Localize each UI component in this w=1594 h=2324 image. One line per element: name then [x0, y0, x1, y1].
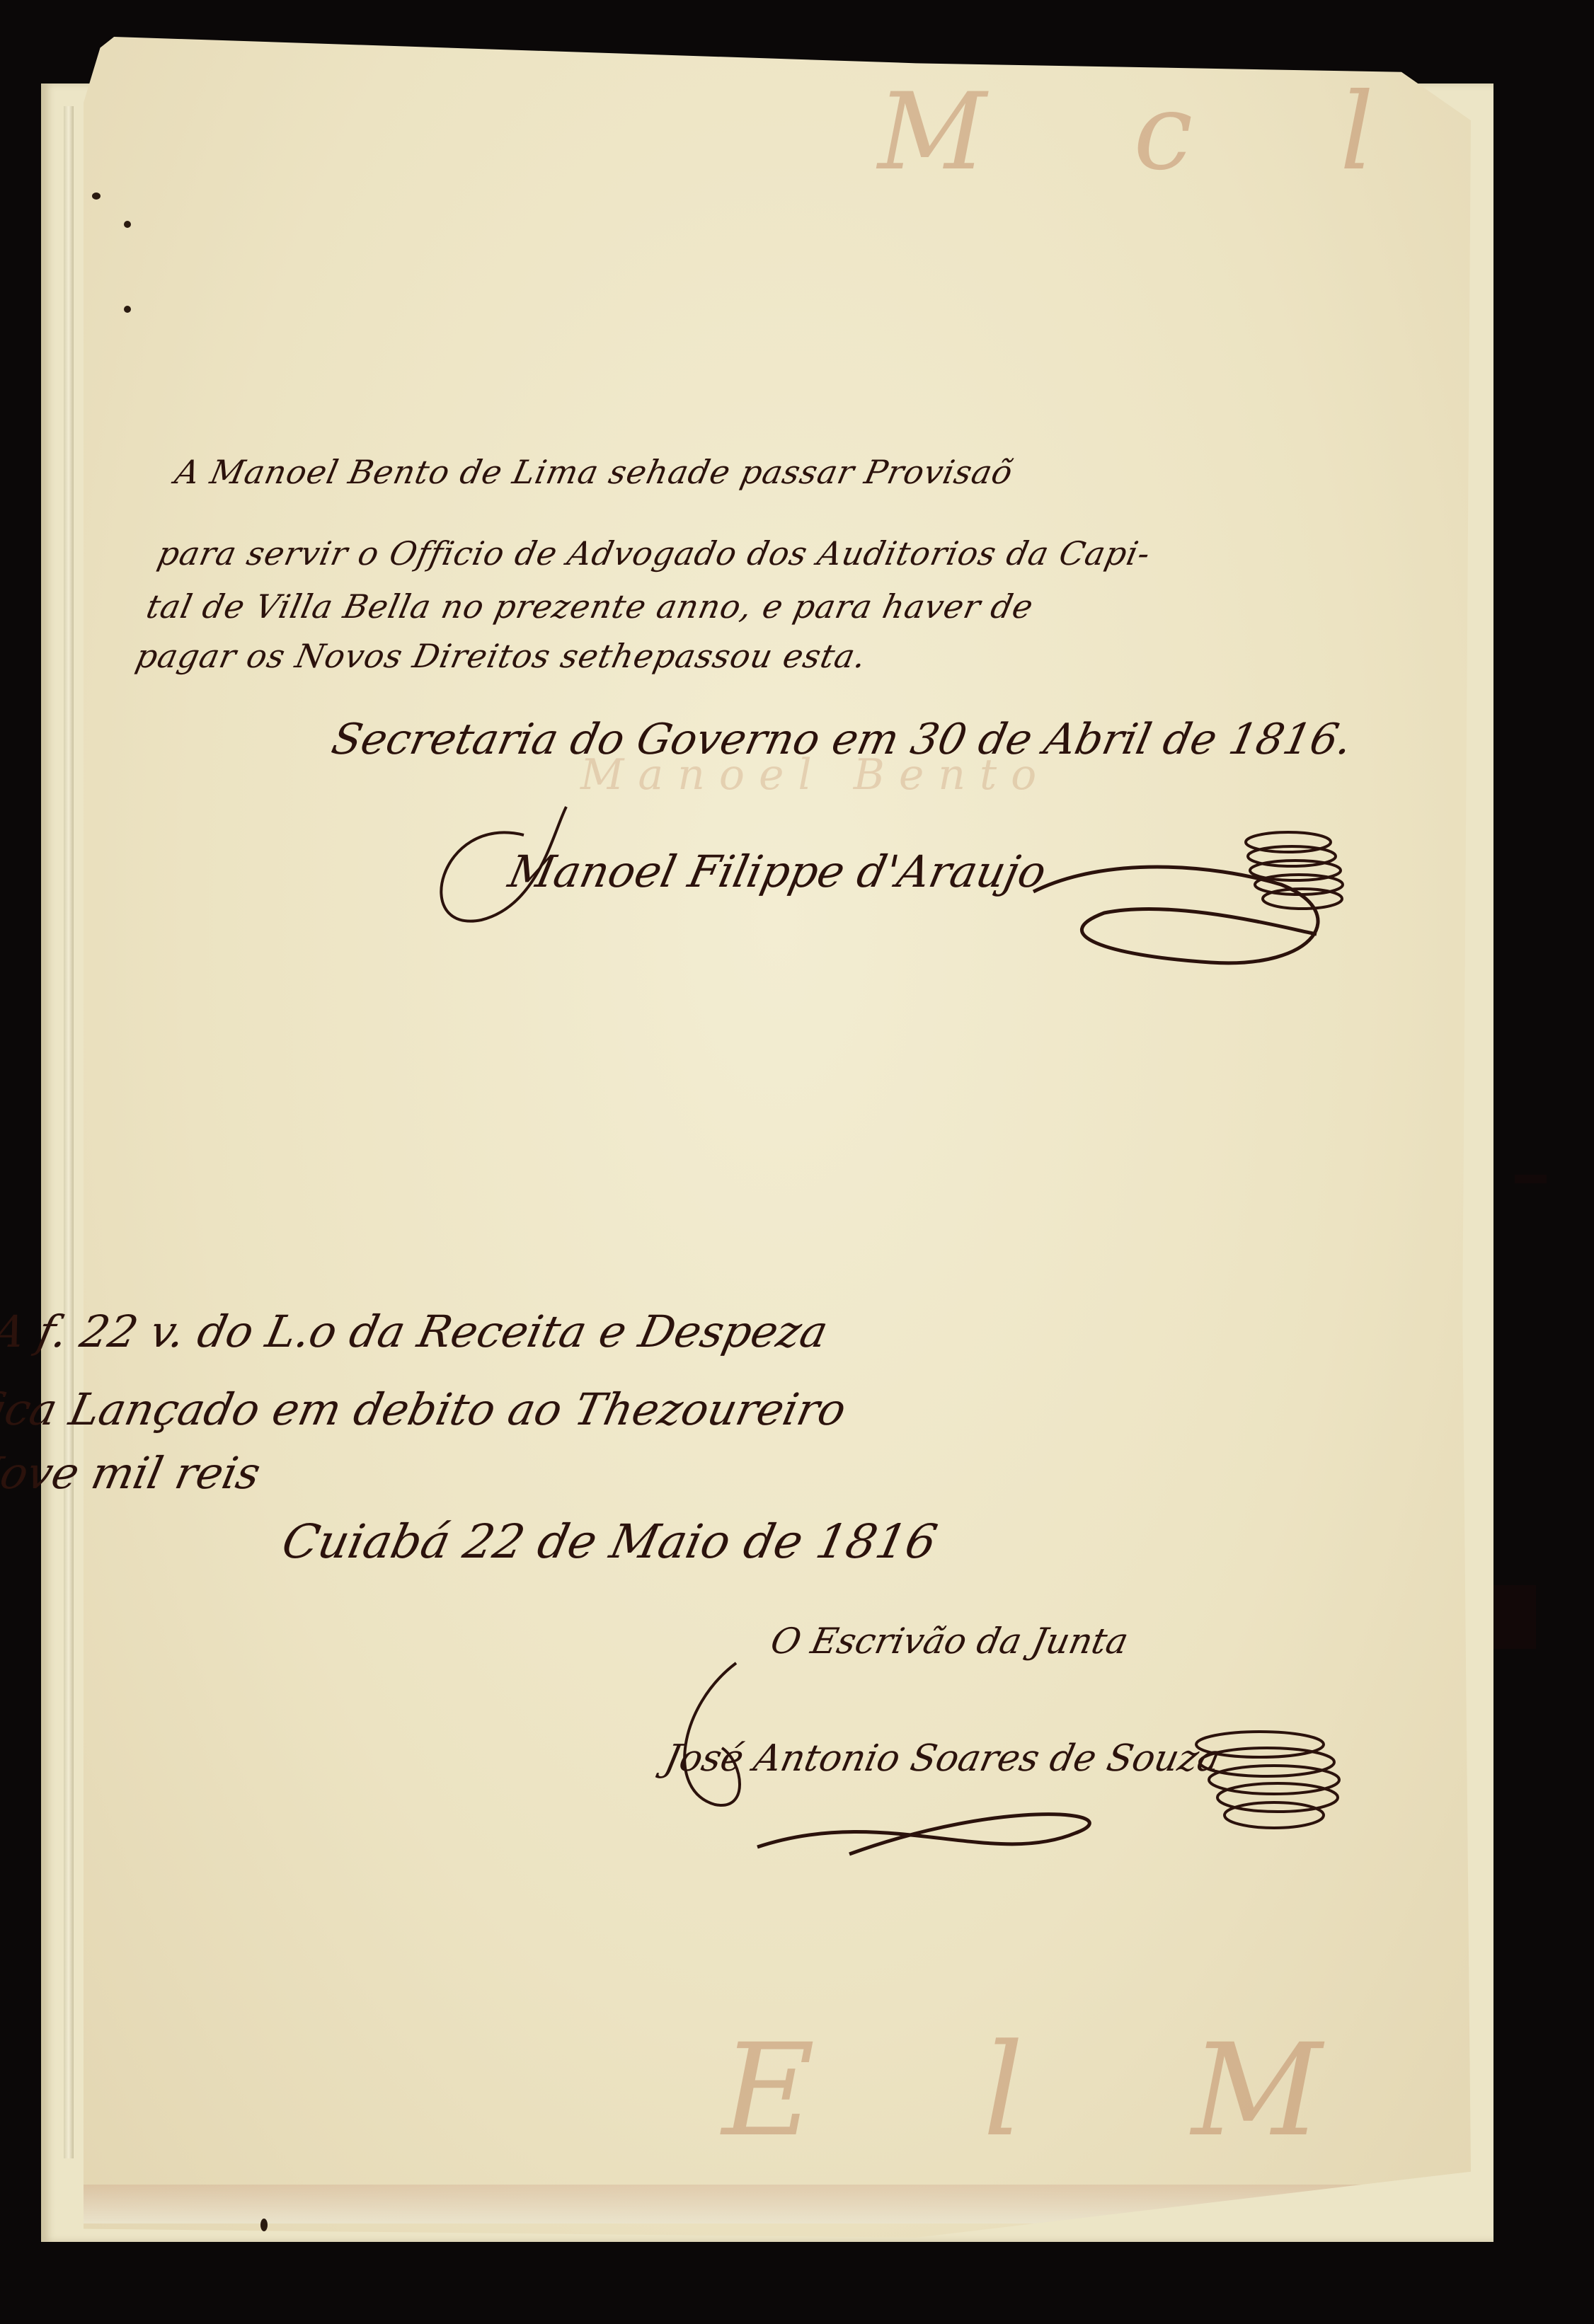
entry2-line-3: Nove mil reis [0, 1447, 265, 1499]
entry1-line-1: A Manoel Bento de Lima sehade passar Pro… [171, 453, 1016, 491]
back-sheet-edge [64, 106, 74, 2158]
wormhole [124, 221, 131, 228]
entry2-place-date: Cuiabá 22 de Maio de 1816 [277, 1514, 942, 1569]
entry2-signature: José Antonio Soares de Souza [661, 1737, 1225, 1780]
entry1-closing: Secretaria do Governo em 30 de Abril de … [328, 715, 1357, 764]
manuscript-page [84, 37, 1471, 2238]
entry1-line-2: para servir o Officio de Advogado dos Au… [154, 534, 1154, 573]
entry2-line-2: fica Lançado em debito ao Thezoureiro [0, 1384, 851, 1435]
entry1-line-4: pagar os Novos Direitos sethepassou esta… [132, 637, 870, 675]
entry1-signature: Manoel Filippe d'Araujo [504, 846, 1050, 897]
torn-edge-right [1493, 1585, 1536, 1649]
wormhole [844, 25, 852, 47]
wormhole [124, 306, 131, 313]
torn-notch-right [1515, 1175, 1547, 1183]
entry1-line-3: tal de Villa Bella no prezente anno, e p… [143, 587, 1037, 626]
wormhole [260, 2219, 268, 2231]
entry2-line-1: A f. 22 v. do L.o da Receita e Despeza [0, 1306, 832, 1357]
wormhole [92, 192, 101, 200]
